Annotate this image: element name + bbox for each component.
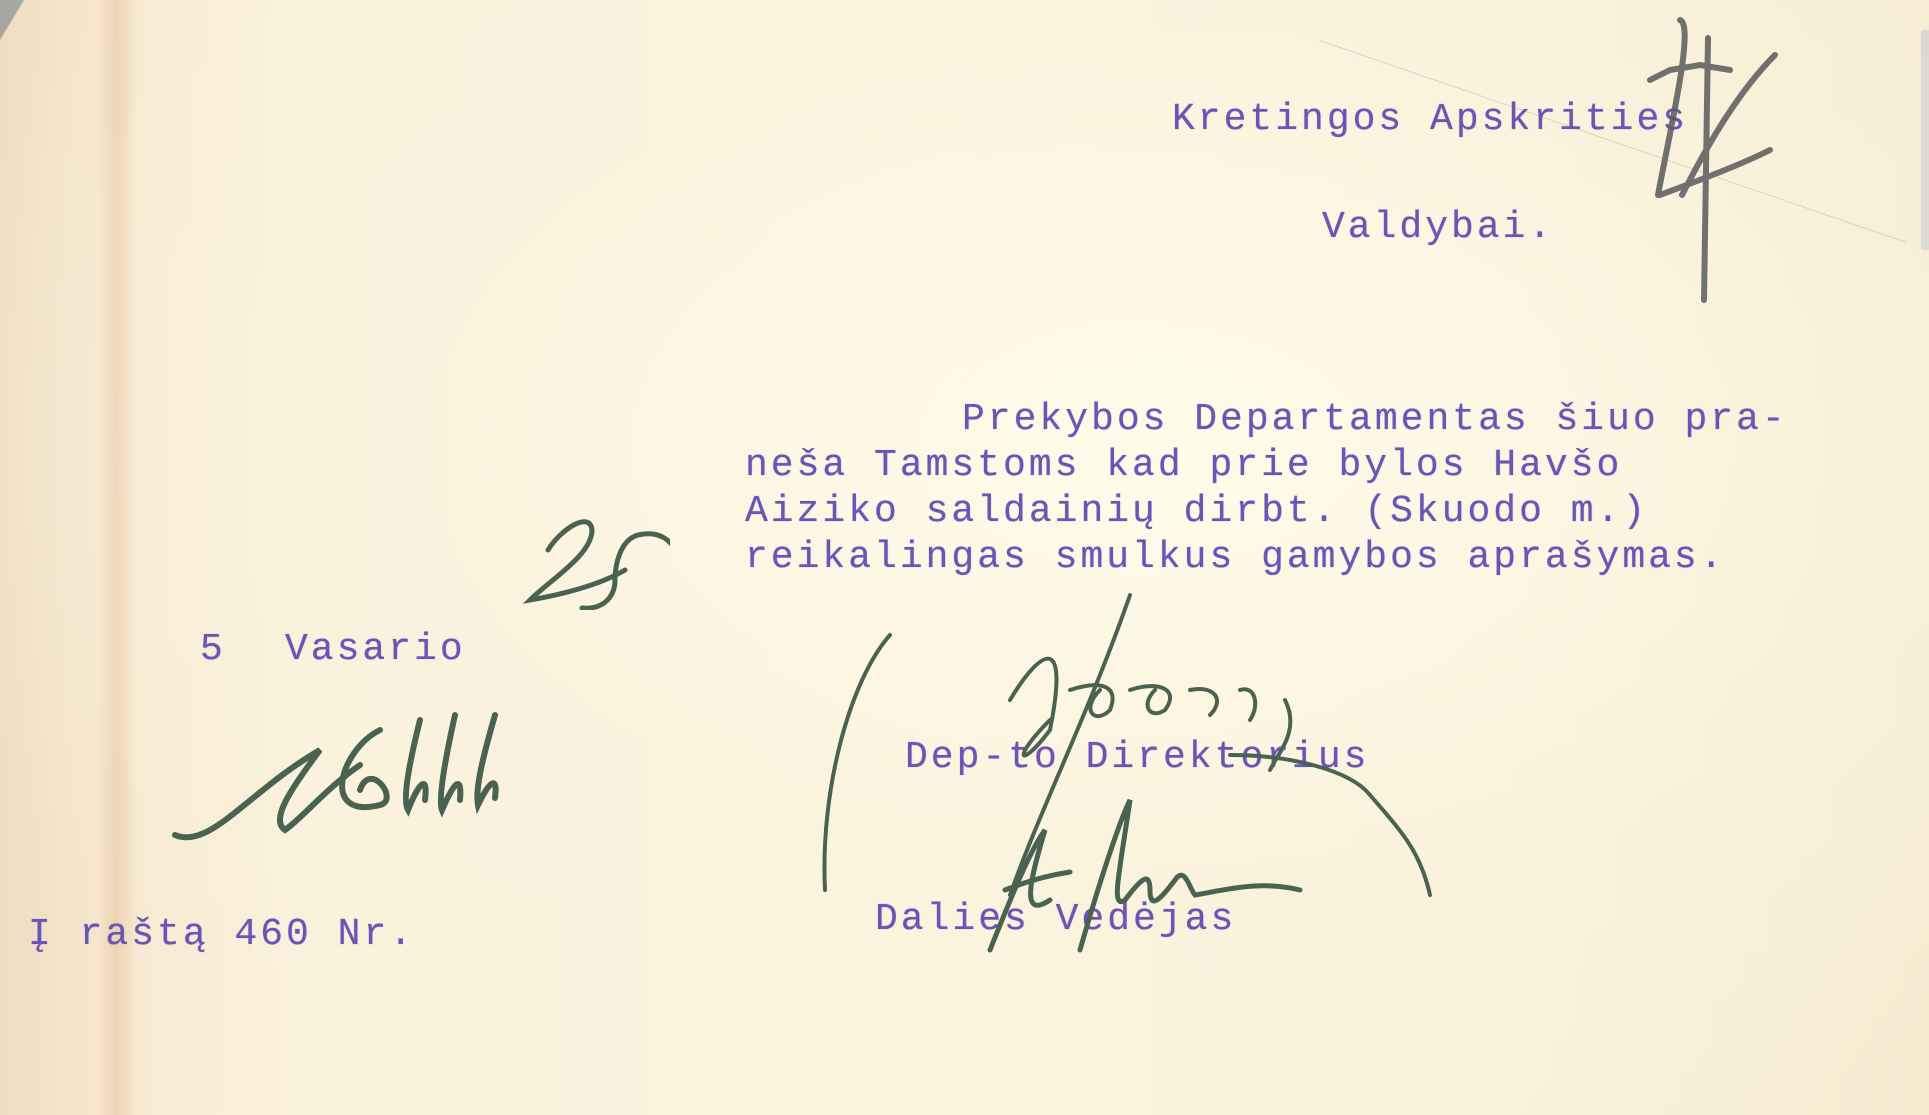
body-line-3: Aiziko saldainių dirbt. (Skuodo m.) bbox=[745, 492, 1648, 532]
handwritten-25-icon bbox=[520, 500, 670, 610]
paper-edge bbox=[1921, 30, 1929, 250]
body-line-4: reikalingas smulkus gamybos aprašymas. bbox=[745, 538, 1726, 578]
body-line-1: Prekybos Departamentas šiuo pra- bbox=[962, 400, 1788, 440]
section-head-signature-icon bbox=[950, 780, 1330, 960]
handwritten-number-icon bbox=[170, 690, 550, 870]
date-month: Vasario bbox=[285, 630, 466, 670]
torn-corner bbox=[0, 0, 24, 40]
addressee-line-2: Valdybai. bbox=[1322, 208, 1554, 248]
reply-reference: Į raštą 460 Nr. bbox=[28, 915, 415, 955]
body-line-2: neša Tamstoms kad prie bylos Havšo bbox=[745, 446, 1622, 486]
addressee-line-1: Kretingos Apskrities bbox=[1172, 100, 1688, 140]
pencil-mark-icon bbox=[1640, 10, 1780, 310]
date-day: 5 bbox=[200, 630, 226, 670]
